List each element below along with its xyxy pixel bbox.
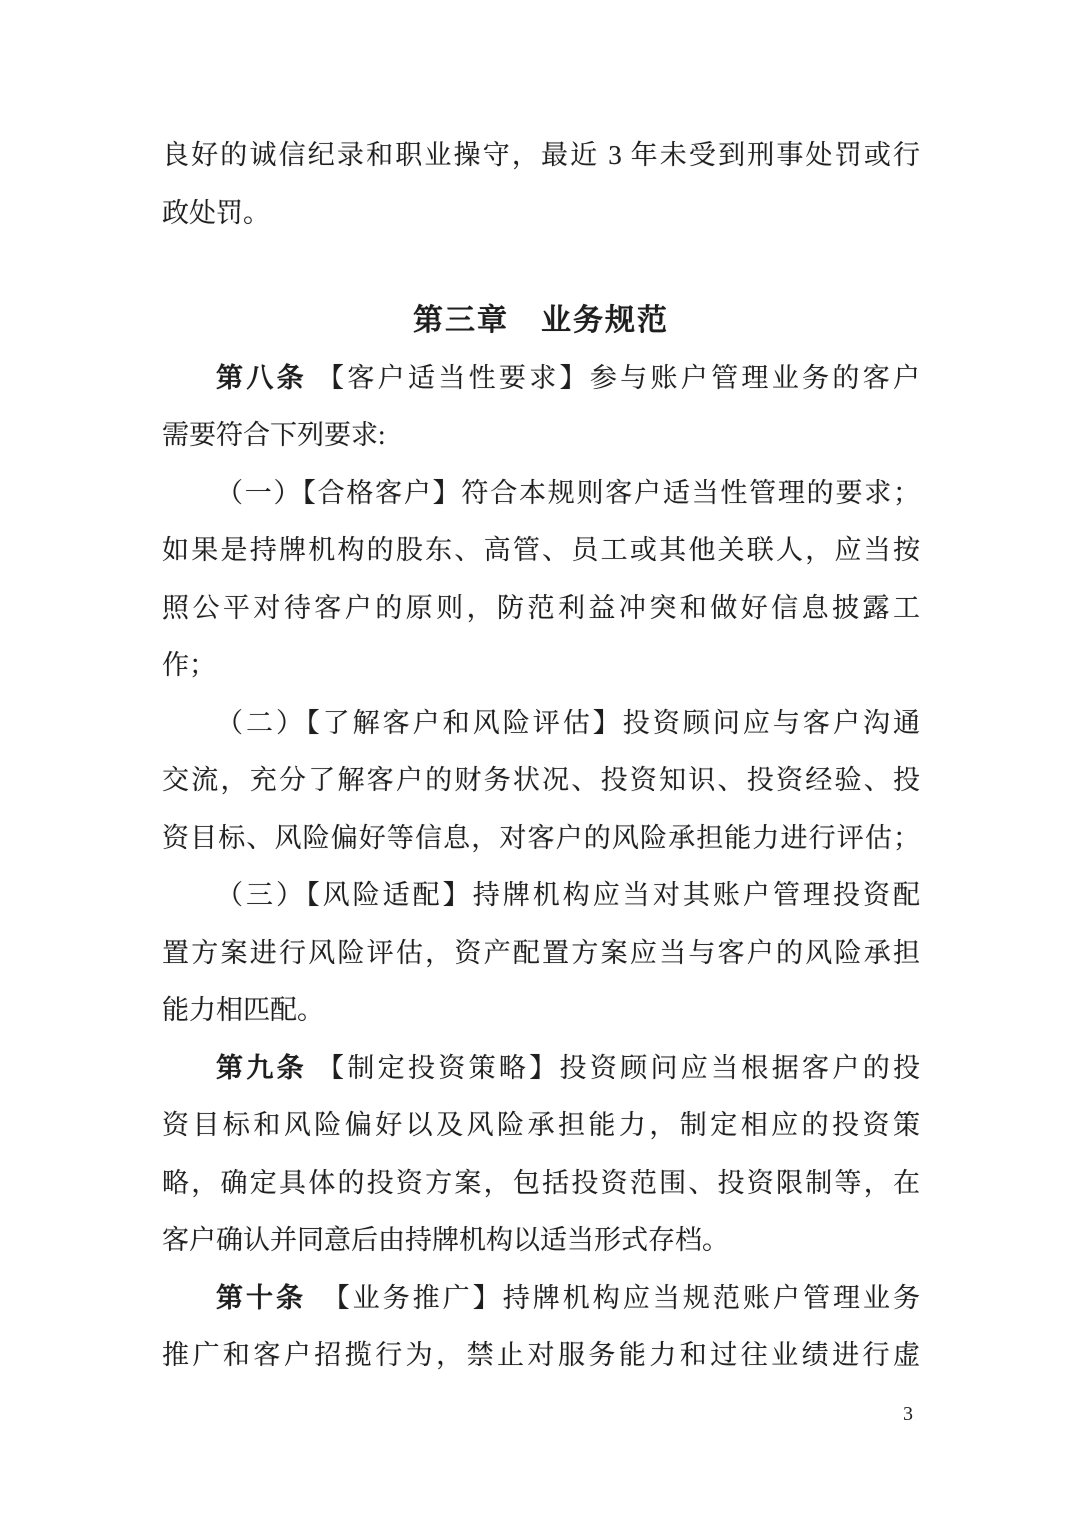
- bold-article-term: 第八条: [216, 363, 307, 393]
- text-line: 置方案进行风险评估，资产配置方案应当与客户的风险承担: [162, 925, 920, 983]
- text-segment: （三）【风险适配】持牌机构应当对其账户管理投资配: [216, 880, 920, 910]
- line-spacer: [162, 242, 920, 292]
- text-segment: 良好的诚信纪录和职业操守，最近 3 年未受到刑事处罚或行: [162, 140, 920, 170]
- text-segment: 略，确定具体的投资方案，包括投资范围、投资限制等，在: [162, 1168, 920, 1198]
- text-line: 需要符合下列要求:: [162, 407, 920, 465]
- text-segment: 如果是持牌机构的股东、高管、员工或其他关联人，应当按: [162, 535, 920, 565]
- text-line: 第八条 【客户适当性要求】参与账户管理业务的客户: [162, 350, 920, 408]
- text-segment: 资目标和风险偏好以及风险承担能力，制定相应的投资策: [162, 1110, 920, 1140]
- bold-article-term: 第十条: [216, 1283, 306, 1313]
- text-line: 客户确认并同意后由持牌机构以适当形式存档。: [162, 1212, 920, 1270]
- text-segment: 需要符合下列要求:: [162, 420, 386, 450]
- text-segment: （二）【了解客户和风险评估】投资顾问应与客户沟通: [216, 708, 920, 738]
- text-line: 能力相匹配。: [162, 982, 920, 1040]
- text-line: 政处罚。: [162, 185, 920, 243]
- text-line: 如果是持牌机构的股东、高管、员工或其他关联人，应当按: [162, 522, 920, 580]
- document-lines: 良好的诚信纪录和职业操守，最近 3 年未受到刑事处罚或行政处罚。第三章 业务规范…: [162, 127, 920, 1385]
- text-segment: 推广和客户招揽行为，禁止对服务能力和过往业绩进行虚: [162, 1340, 920, 1370]
- text-line: 照公平对待客户的原则，防范利益冲突和做好信息披露工: [162, 580, 920, 638]
- text-line: 交流，充分了解客户的财务状况、投资知识、投资经验、投: [162, 752, 920, 810]
- text-line: （一）【合格客户】符合本规则客户适当性管理的要求；: [162, 465, 920, 523]
- text-line: 资目标、风险偏好等信息，对客户的风险承担能力进行评估；: [162, 810, 920, 868]
- text-segment: 客户确认并同意后由持牌机构以适当形式存档。: [162, 1225, 729, 1255]
- text-segment: 能力相匹配。: [162, 995, 324, 1025]
- text-line: （三）【风险适配】持牌机构应当对其账户管理投资配: [162, 867, 920, 925]
- text-line: 第十条 【业务推广】持牌机构应当规范账户管理业务: [162, 1270, 920, 1328]
- text-segment: 照公平对待客户的原则，防范利益冲突和做好信息披露工: [162, 593, 920, 623]
- text-segment: 【业务推广】持牌机构应当规范账户管理业务: [306, 1283, 920, 1313]
- bold-article-term: 第三章 业务规范: [413, 304, 669, 337]
- chapter-title: 第三章 业务规范: [162, 292, 920, 350]
- page-number: 3: [903, 1400, 913, 1428]
- text-segment: 【客户适当性要求】参与账户管理业务的客户: [307, 363, 920, 393]
- text-line: （二）【了解客户和风险评估】投资顾问应与客户沟通: [162, 695, 920, 753]
- text-segment: 作；: [162, 650, 216, 680]
- text-line: 作；: [162, 637, 920, 695]
- document-page: 良好的诚信纪录和职业操守，最近 3 年未受到刑事处罚或行政处罚。第三章 业务规范…: [0, 0, 1080, 1527]
- text-segment: 【制定投资策略】投资顾问应当根据客户的投: [307, 1053, 920, 1083]
- text-segment: 资目标、风险偏好等信息，对客户的风险承担能力进行评估；: [162, 823, 920, 853]
- text-segment: （一）【合格客户】符合本规则客户适当性管理的要求；: [216, 478, 920, 508]
- text-line: 良好的诚信纪录和职业操守，最近 3 年未受到刑事处罚或行: [162, 127, 920, 185]
- text-segment: 交流，充分了解客户的财务状况、投资知识、投资经验、投: [162, 765, 920, 795]
- text-line: 资目标和风险偏好以及风险承担能力，制定相应的投资策: [162, 1097, 920, 1155]
- text-segment: 置方案进行风险评估，资产配置方案应当与客户的风险承担: [162, 938, 920, 968]
- bold-article-term: 第九条: [216, 1053, 307, 1083]
- text-line: 第九条 【制定投资策略】投资顾问应当根据客户的投: [162, 1040, 920, 1098]
- text-segment: 政处罚。: [162, 198, 270, 228]
- text-line: 推广和客户招揽行为，禁止对服务能力和过往业绩进行虚: [162, 1327, 920, 1385]
- text-line: 略，确定具体的投资方案，包括投资范围、投资限制等，在: [162, 1155, 920, 1213]
